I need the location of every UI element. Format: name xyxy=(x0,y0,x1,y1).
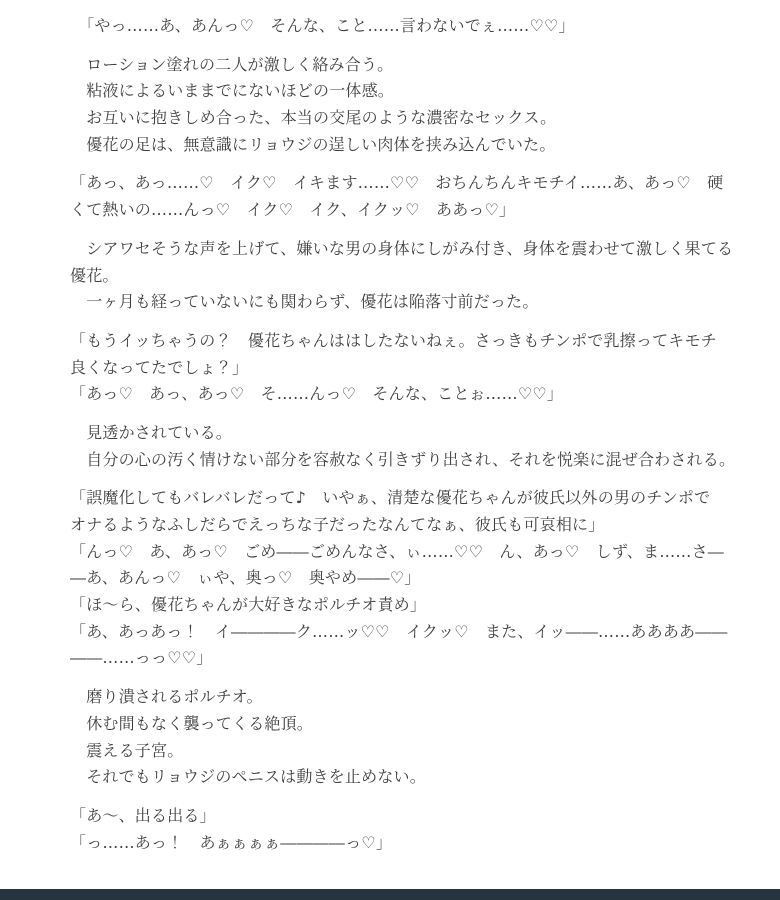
dialogue-block: 「やっ……あ、あんっ♡ そんな、こと……言わないでぇ……♡♡」 xyxy=(70,13,712,40)
text-line: 良くなってたでしょ？」 xyxy=(70,355,712,382)
text-line: 優花の足は、無意識にリョウジの逞しい肉体を挟み込んでいた。 xyxy=(70,132,712,159)
dialogue-block: 「もうイッちゃうの？ 優花ちゃんははしたないねぇ。さっきもチンポで乳擦ってキモチ… xyxy=(70,328,712,408)
dialogue-block: 「あっ、あっ……♡ イク♡ イキます……♡♡ おちんちんキモチイ……あ、あっ♡ … xyxy=(70,170,712,223)
text-line: 「誤魔化してもバレバレだって♪ いやぁ、清楚な優花ちゃんが彼氏以外の男のチンポで xyxy=(70,485,712,512)
text-line: ローション塗れの二人が激しく絡み合う。 xyxy=(70,52,712,79)
text-line: オナるようなふしだらでえっちな子だったなんてなぁ、彼氏も可哀相に」 xyxy=(70,512,712,539)
text-line: 自分の心の汚く情けない部分を容赦なく引きずり出され、それを悦楽に混ぜ合わされる。 xyxy=(70,447,712,474)
text-line: シアワセそうな声を上げて、嫌いな男の身体にしがみ付き、身体を震わせて激しく果てる xyxy=(70,236,712,263)
text-line: お互いに抱きしめ合った、本当の交尾のような濃密なセックス。 xyxy=(70,105,712,132)
text-line: 見透かされている。 xyxy=(70,420,712,447)
text-line: くて熱いの……んっ♡ イク♡ イク、イクッ♡ ああっ♡」 xyxy=(70,197,712,224)
text-line: ――……っっ♡♡」 xyxy=(70,645,712,672)
text-line: 「ほ～ら、優花ちゃんが大好きなポルチオ責め」 xyxy=(70,592,712,619)
text-line: 「んっ♡ あ、あっ♡ ごめ――ごめんなさ、ぃ……♡♡ ん、あっ♡ しず、ま……さ… xyxy=(70,539,712,566)
document-page: 「やっ……あ、あんっ♡ そんな、こと……言わないでぇ……♡♡」 ローション塗れの… xyxy=(0,0,780,900)
text-line: 「あっ、あっ……♡ イク♡ イキます……♡♡ おちんちんキモチイ……あ、あっ♡ … xyxy=(70,170,712,197)
text-line: 「あ、あっあっ！ イ――――ク……ッ♡♡ イクッ♡ また、イッ――……ああああ―… xyxy=(70,619,712,646)
text-line: 「もうイッちゃうの？ 優花ちゃんははしたないねぇ。さっきもチンポで乳擦ってキモチ xyxy=(70,328,712,355)
narration-block: 見透かされている。 自分の心の汚く情けない部分を容赦なく引きずり出され、それを悦… xyxy=(70,420,712,473)
narration-block: シアワセそうな声を上げて、嫌いな男の身体にしがみ付き、身体を震わせて激しく果てる… xyxy=(70,236,712,316)
text-line: 粘液によるいままでにないほどの一体感。 xyxy=(70,78,712,105)
text-line: 「あっ♡ あっ、あっ♡ そ……んっ♡ そんな、ことぉ……♡♡」 xyxy=(70,381,712,408)
text-line: 優花。 xyxy=(70,263,712,290)
text-line: 震える子宮。 xyxy=(70,738,712,765)
text-line: 「やっ……あ、あんっ♡ そんな、こと……言わないでぇ……♡♡」 xyxy=(70,13,712,40)
dialogue-block: 「あ～、出る出る」「っ……あっ！ あぁぁぁぁ――――っ♡」 xyxy=(70,803,712,856)
story-text: 「やっ……あ、あんっ♡ そんな、こと……言わないでぇ……♡♡」 ローション塗れの… xyxy=(70,13,712,856)
bottom-bar xyxy=(0,889,780,900)
text-line: 休む間もなく襲ってくる絶頂。 xyxy=(70,711,712,738)
text-line: ―あ、あんっ♡ ぃや、奥っ♡ 奥やめ――♡」 xyxy=(70,565,712,592)
text-line: 「っ……あっ！ あぁぁぁぁ――――っ♡」 xyxy=(70,830,712,857)
narration-block: 磨り潰されるポルチオ。 休む間もなく襲ってくる絶頂。 震える子宮。 それでもリョ… xyxy=(70,684,712,791)
text-line: 磨り潰されるポルチオ。 xyxy=(70,684,712,711)
dialogue-block: 「誤魔化してもバレバレだって♪ いやぁ、清楚な優花ちゃんが彼氏以外の男のチンポで… xyxy=(70,485,712,672)
text-line: それでもリョウジのペニスは動きを止めない。 xyxy=(70,764,712,791)
narration-block: ローション塗れの二人が激しく絡み合う。 粘液によるいままでにないほどの一体感。 … xyxy=(70,52,712,159)
text-line: 一ヶ月も経っていないにも関わらず、優花は陥落寸前だった。 xyxy=(70,289,712,316)
text-line: 「あ～、出る出る」 xyxy=(70,803,712,830)
